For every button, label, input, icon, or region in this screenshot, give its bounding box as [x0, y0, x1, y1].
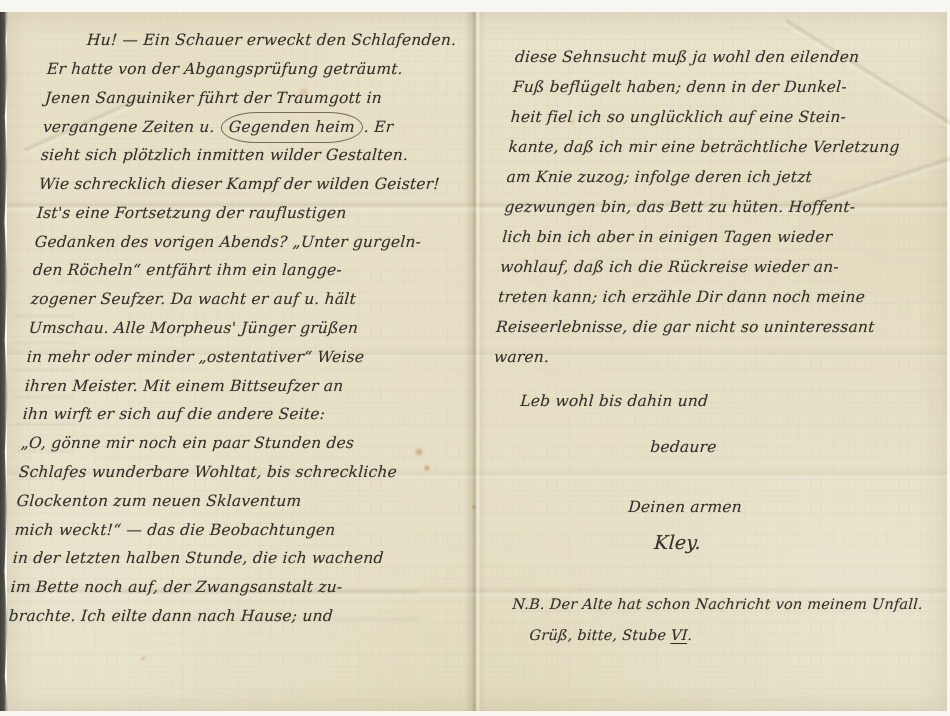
letter-scan: Hu! — Ein Schauer erweckt den Schlafende…: [0, 0, 950, 716]
handwritten-line: wohlauf, daß ich die Rückreise wieder an…: [499, 252, 915, 282]
handwritten-line: brachte. Ich eilte dann nach Hause; und: [8, 602, 420, 631]
handwritten-line: kante, daß ich mir eine beträchtliche Ve…: [508, 132, 924, 162]
closing-valediction: Deinen armen: [628, 498, 743, 516]
handwritten-line-with-circle: vergangene Zeiten u. Gegenden heim. Er: [42, 112, 454, 141]
handwritten-line: Glockenton zum neuen Sklaventum: [16, 487, 428, 516]
handwritten-line: Wie schrecklich dieser Kampf der wilden …: [38, 170, 450, 199]
postscript-line-2-period: .: [687, 628, 693, 644]
handwritten-line: heit fiel ich so unglücklich auf eine St…: [510, 102, 926, 132]
handwritten-line: ihn wirft er sich auf die andere Seite:: [22, 400, 434, 429]
handwritten-line: Umschau. Alle Morpheus' Jünger grüßen: [28, 314, 440, 343]
handwritten-line: waren.: [493, 342, 909, 372]
circled-phrase: Gegenden heim: [220, 112, 364, 143]
circled-phrase-pre: vergangene Zeiten u.: [42, 118, 220, 136]
handwritten-line: treten kann; ich erzähle Dir dann noch m…: [497, 282, 913, 312]
handwritten-line: Hu! — Ein Schauer erweckt den Schlafende…: [48, 26, 460, 55]
handwritten-line: sieht sich plötzlich inmitten wilder Ges…: [40, 141, 452, 170]
handwritten-line: Er hatte von der Abgangsprüfung geträumt…: [46, 55, 458, 84]
handwritten-line: gezwungen bin, das Bett zu hüten. Hoffen…: [503, 192, 919, 222]
right-page: diese Sehnsucht muß ja wohl den eilenden…: [493, 42, 930, 372]
postscript-line-2-text: Grüß, bitte, Stube: [529, 628, 672, 644]
handwritten-line: „O, gönne mir noch ein paar Stunden des: [20, 429, 432, 458]
handwritten-line: mich weckt!“ — das die Beobachtungen: [14, 516, 426, 545]
handwritten-line: Schlafes wunderbare Wohltat, bis schreck…: [18, 458, 430, 487]
postscript-underlined-room-number: VI: [670, 628, 688, 644]
handwritten-line: ihren Meister. Mit einem Bittseufzer an: [24, 372, 436, 401]
closing-farewell: Leb wohl bis dahin und: [520, 392, 709, 410]
left-page: Hu! — Ein Schauer erweckt den Schlafende…: [8, 26, 460, 631]
postscript-line-1: N.B. Der Alte hat schon Nachricht von me…: [512, 597, 923, 613]
handwritten-line: zogener Seufzer. Da wacht er auf u. hält: [30, 285, 442, 314]
handwritten-line: Fuß beflügelt haben; denn in der Dunkel-: [512, 72, 928, 102]
handwritten-line: am Knie zuzog; infolge deren ich jetzt: [506, 162, 922, 192]
postscript-line-2: Grüß, bitte, Stube VI.: [529, 628, 693, 644]
handwritten-line: in mehr oder minder „ostentativer“ Weise: [26, 343, 438, 372]
closing-word: bedaure: [650, 438, 717, 456]
handwritten-line: Reiseerlebnisse, die gar nicht so uninte…: [495, 312, 911, 342]
handwritten-line: den Röcheln“ entfährt ihm ein langge-: [32, 256, 444, 285]
handwritten-line: Jenen Sanguiniker führt der Traumgott in: [44, 84, 456, 113]
handwritten-line: Ist's eine Fortsetzung der rauflustigen: [36, 199, 448, 228]
handwritten-line: im Bette noch auf, der Zwangsanstalt zu-: [10, 573, 422, 602]
signature: Kley.: [653, 532, 701, 554]
handwritten-line: diese Sehnsucht muß ja wohl den eilenden: [514, 42, 930, 72]
handwritten-line: Gedanken des vorigen Abends? „Unter gurg…: [34, 228, 446, 257]
handwritten-line: in der letzten halben Stunde, die ich wa…: [12, 544, 424, 573]
circled-phrase-post: . Er: [363, 118, 394, 136]
handwritten-line: lich bin ich aber in einigen Tagen wiede…: [501, 222, 917, 252]
